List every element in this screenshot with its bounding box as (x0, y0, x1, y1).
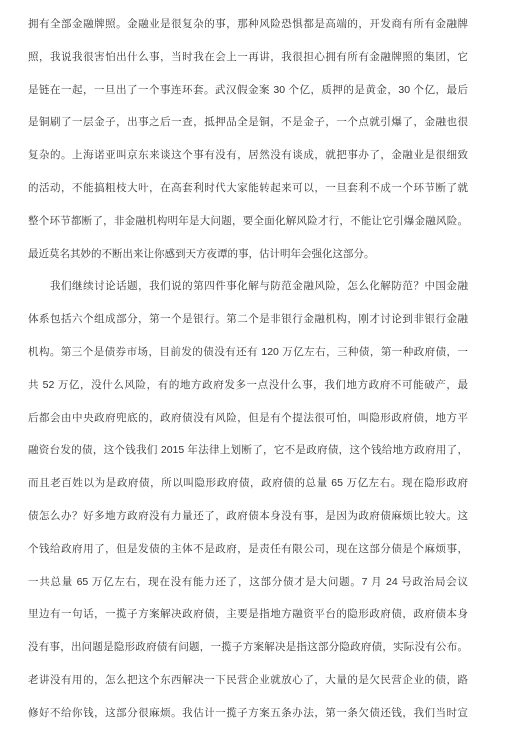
text-line: 融资台发的债，这个钱我们 2015 年法律上划断了，它不是政府债，这个钱给地方政… (28, 434, 468, 467)
text-line: 的活动，不能搞粗枝大叶，在高套利时代大家能转起来可以，一旦套利不成一个环节断了就 (28, 172, 468, 205)
text-line: 整个环节都断了，非金融机构明年是大问题，要全面化解风险才行，不能让它引爆金融风险… (28, 205, 468, 238)
text-line: 个钱给政府用了，但是发债的主体不是政府，是责任有限公司，现在这部分债是个麻烦事， (28, 533, 468, 566)
text-line: 老讲没有用的，怎么把这个东西解决一下民营企业就放心了，大量的是欠民营企业的债，路 (28, 664, 468, 697)
text-line: 我们继续讨论话题，我们说的第四件事化解与防范金融风险，怎么化解防范？中国金融 (28, 270, 468, 303)
text-line: 体系包括六个组成部分，第一个是银行。第二个是非银行金融机构，刚才讨论到非银行金融 (28, 303, 468, 336)
text-line: 后都会由中央政府兜底的，政府债没有风险，但是有个提法很可怕，叫隐形政府债，地方平 (28, 402, 468, 435)
text-line: 共 52 万亿，没什么风险，有的地方政府发多一点没什么事，我们地方政府不可能破产… (28, 369, 468, 402)
text-line: 里边有一句话，一揽子方案解决政府债，主要是指地方融资平台的隐形政府债，政府债本身 (28, 598, 468, 631)
text-line: 是铜刷了一层金子，出事之后一查，抵押品全是铜，不是金子，一个点就引爆了，金融也很 (28, 106, 468, 139)
text-line: 而且老百姓以为是政府债，所以叫隐形政府债，政府债的总量 65 万亿左右。现在隐形… (28, 467, 468, 500)
text-column: 拥有全部金融牌照。金融业是很复杂的事，那种风险恐惧都是高端的，开发商有所有金融牌… (28, 8, 468, 730)
text-line: 没有事，出问题是隐形政府债有问题，一揽子方案解决是指这部分隐政府债，实际没有公布… (28, 631, 468, 664)
text-line: 是链在一起，一旦出了一个事连环套。武汉假金案 30 个亿，质押的是黄金，30 个… (28, 74, 468, 107)
text-line: 照，我说我很害怕出什么事，当时我在会上一再讲，我很担心拥有所有金融牌照的集团，它 (28, 41, 468, 74)
document-page: 拥有全部金融牌照。金融业是很复杂的事，那种风险恐惧都是高端的，开发商有所有金融牌… (0, 0, 506, 754)
text-line: 一共总量 65 万亿左右，现在没有能力还了，这部分债才是大问题。7 月 24 号… (28, 566, 468, 599)
text-line: 修好不给你钱，这部分很麻烦。我估计一揽子方案五条办法，第一条欠债还钱，我们当时宣 (28, 697, 468, 730)
text-line: 复杂的。上海诺亚叫京东来谈这个事有没有，居然没有谈成，就把事办了，金融业是很细致 (28, 139, 468, 172)
text-line: 机构。第三个是债券市场，目前发的债没有还有 120 万亿左右，三种债，第一种政府… (28, 336, 468, 369)
text-line: 最近莫名其妙的不断出来让你感到天方夜谭的事，估计明年会强化这部分。 (28, 238, 468, 271)
text-line: 拥有全部金融牌照。金融业是很复杂的事，那种风险恐惧都是高端的，开发商有所有金融牌 (28, 8, 468, 41)
text-line: 债怎么办？好多地方政府没有力量还了，政府债本身没有事，是因为政府债麻烦比较大。这 (28, 500, 468, 533)
